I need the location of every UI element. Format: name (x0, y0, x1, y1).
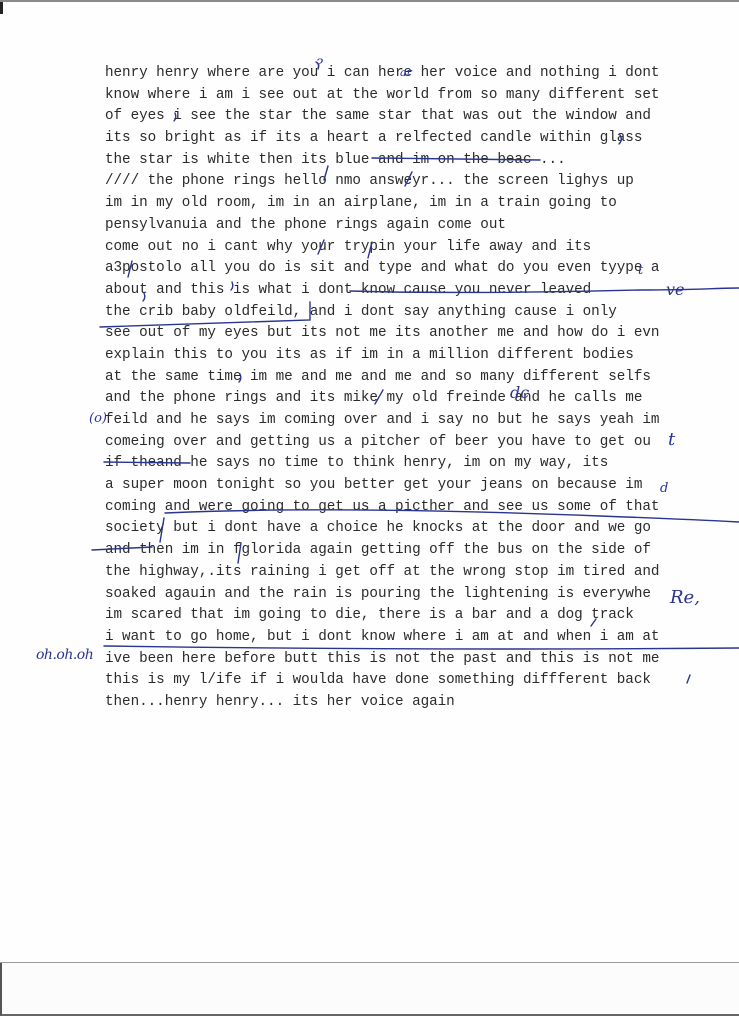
margin-note: oh.oh.oh (36, 647, 93, 663)
text-line: feild and he says im coming over and i s… (105, 410, 659, 432)
text-line: i want to go home, but i dont know where… (105, 627, 659, 649)
text-line: a super moon tonight so you better get y… (105, 475, 659, 497)
typewritten-text: henry henry where are you i can here her… (105, 63, 659, 714)
text-line: society but i dont have a choice he knoc… (105, 518, 659, 540)
text-line: the star is white then its blue and im o… (105, 150, 659, 172)
text-line: soaked agauin and the rain is pouring th… (105, 584, 659, 606)
text-line: the crib baby oldfeild, and i dont say a… (105, 302, 659, 324)
text-line: at the same time im me and me and me and… (105, 367, 659, 389)
svg-text:d: d (660, 481, 668, 496)
text-line: of eyes i see the star the same star tha… (105, 106, 659, 128)
text-line: see out of my eyes but its not me its an… (105, 323, 659, 345)
text-line: comeing over and getting us a pitcher of… (105, 432, 659, 454)
text-line: and then im in fglorida again getting of… (105, 540, 659, 562)
text-line: explain this to you its as if im in a mi… (105, 345, 659, 367)
text-line: its so bright as if its a heart a relfec… (105, 128, 659, 150)
text-line: im scared that im going to die, there is… (105, 605, 659, 627)
scanner-background (0, 963, 739, 1016)
svg-text:ve: ve (666, 280, 685, 299)
text-line: this is my l/ife if i woulda have done s… (105, 670, 659, 692)
text-line: coming and were going to get us a picthe… (105, 497, 659, 519)
text-line: the highway,.its raining i get off at th… (105, 562, 659, 584)
text-line: im in my old room, im in an airplane, im… (105, 193, 659, 215)
scanned-page: henry henry where are you i can here her… (0, 0, 739, 964)
page-corner-mark (0, 2, 3, 14)
text-line: know where i am i see out at the world f… (105, 85, 659, 107)
text-line: pensylvanuia and the phone rings again c… (105, 215, 659, 237)
text-line: ive been here before butt this is not th… (105, 649, 659, 671)
text-line: about and this is what i dont know cause… (105, 280, 659, 302)
svg-text:Re,: Re, (669, 587, 700, 608)
text-line: come out no i cant why your trypin your … (105, 237, 659, 259)
svg-text:t: t (668, 429, 676, 450)
text-line: //// the phone rings hello nmo answeyr..… (105, 171, 659, 193)
text-line: a3postolo all you do is sit and type and… (105, 258, 659, 280)
text-line: and the phone rings and its mike my old … (105, 388, 659, 410)
text-line: if theand he says no time to think henry… (105, 453, 659, 475)
text-line: henry henry where are you i can here her… (105, 63, 659, 85)
text-line: then...henry henry... its her voice agai… (105, 692, 659, 714)
